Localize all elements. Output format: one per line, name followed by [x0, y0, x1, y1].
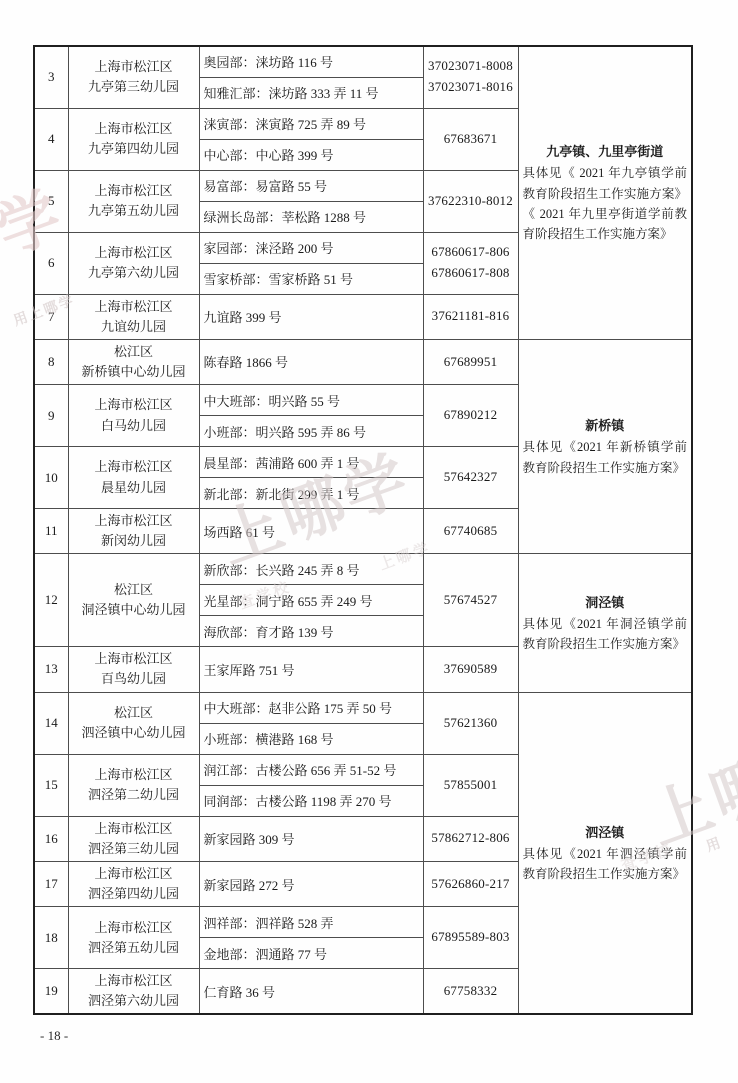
row-number-cell: 16: [34, 816, 68, 861]
watermark-right-mark: 用: [703, 832, 725, 856]
kindergarten-name-line: 上海市松江区: [73, 864, 195, 884]
kindergarten-name-cell: 上海市松江区九亭第五幼儿园: [68, 170, 199, 232]
kindergarten-name-cell: 上海市松江区白马幼儿园: [68, 385, 199, 447]
kindergarten-name-line: 上海市松江区: [73, 57, 195, 77]
kindergarten-name-line: 洞泾镇中心幼儿园: [73, 600, 195, 620]
address-cell: 涞寅部：涞寅路 725 弄 89 号: [199, 108, 423, 139]
address-cell: 王家厍路 751 号: [199, 647, 423, 692]
address-cell: 知雅汇部：涞坊路 333 弄 11 号: [199, 77, 423, 108]
document-page: 3上海市松江区九亭第三幼儿园奥园部：涞坊路 116 号37023071-8008…: [0, 0, 738, 1083]
kindergarten-name-line: 百鸟幼儿园: [73, 669, 195, 689]
phone-line: 37023071-8016: [428, 77, 514, 98]
address-cell: 奥园部：涞坊路 116 号: [199, 46, 423, 77]
district-note-cell: 九亭镇、九里亭街道具体见《 2021 年九亭镇学前教育阶段招生工作实施方案》《 …: [518, 46, 692, 339]
row-number-cell: 19: [34, 969, 68, 1015]
row-number-cell: 11: [34, 509, 68, 554]
row-number-cell: 4: [34, 108, 68, 170]
district-note-body: 具体见《2021 年新桥镇学前教育阶段招生工作实施方案》: [523, 437, 688, 478]
kindergarten-name-cell: 上海市松江区九亭第四幼儿园: [68, 108, 199, 170]
address-cell: 绿洲长岛部：莘松路 1288 号: [199, 201, 423, 232]
phone-cell: 67683671: [423, 108, 518, 170]
kindergarten-name-line: 上海市松江区: [73, 395, 195, 415]
kindergarten-name-cell: 松江区洞泾镇中心幼儿园: [68, 554, 199, 647]
phone-cell: 57855001: [423, 754, 518, 816]
phone-cell: 67758332: [423, 969, 518, 1015]
address-cell: 新北部：新北街 299 弄 1 号: [199, 478, 423, 509]
phone-line: 57862712-806: [428, 828, 514, 849]
kindergarten-name-cell: 上海市松江区九亭第三幼儿园: [68, 46, 199, 108]
kindergarten-name-cell: 上海市松江区泗泾第六幼儿园: [68, 969, 199, 1015]
address-cell: 同润部：古楼公路 1198 弄 270 号: [199, 785, 423, 816]
row-number-cell: 14: [34, 692, 68, 754]
kindergarten-name-line: 松江区: [73, 580, 195, 600]
district-note-body: 具体见《2021 年洞泾镇学前教育阶段招生工作实施方案》: [523, 614, 688, 655]
kindergarten-name-cell: 上海市松江区九谊幼儿园: [68, 294, 199, 339]
table-row: 12松江区洞泾镇中心幼儿园新欣部：长兴路 245 弄 8 号57674527洞泾…: [34, 554, 692, 585]
phone-cell: 57862712-806: [423, 816, 518, 861]
phone-cell: 67895589-803: [423, 907, 518, 969]
kindergarten-name-cell: 上海市松江区泗泾第五幼儿园: [68, 907, 199, 969]
kindergarten-name-line: 上海市松江区: [73, 649, 195, 669]
kindergarten-name-cell: 松江区新桥镇中心幼儿园: [68, 339, 199, 384]
kindergarten-name-line: 上海市松江区: [73, 457, 195, 477]
kindergarten-name-line: 泗泾第六幼儿园: [73, 991, 195, 1011]
kindergarten-name-line: 泗泾第三幼儿园: [73, 839, 195, 859]
row-number-cell: 18: [34, 907, 68, 969]
kindergarten-name-line: 泗泾镇中心幼儿园: [73, 723, 195, 743]
phone-cell: 57621360: [423, 692, 518, 754]
kindergarten-name-line: 泗泾第二幼儿园: [73, 785, 195, 805]
district-note-title: 泗泾镇: [523, 822, 688, 841]
kindergarten-name-cell: 上海市松江区九亭第六幼儿园: [68, 232, 199, 294]
kindergarten-name-cell: 上海市松江区泗泾第二幼儿园: [68, 754, 199, 816]
district-note-title: 九亭镇、九里亭街道: [523, 141, 688, 160]
kindergarten-name-cell: 上海市松江区新闵幼儿园: [68, 509, 199, 554]
phone-line: 37622310-8012: [428, 191, 514, 212]
phone-cell: 57674527: [423, 554, 518, 647]
district-note-title: 洞泾镇: [523, 592, 688, 611]
phone-line: 57855001: [428, 775, 514, 796]
kindergarten-name-line: 新闵幼儿园: [73, 531, 195, 551]
kindergarten-name-line: 上海市松江区: [73, 243, 195, 263]
address-cell: 润江部：古楼公路 656 弄 51-52 号: [199, 754, 423, 785]
kindergarten-name-line: 晨星幼儿园: [73, 478, 195, 498]
address-cell: 易富部：易富路 55 号: [199, 170, 423, 201]
kindergarten-name-cell: 松江区泗泾镇中心幼儿园: [68, 692, 199, 754]
row-number-cell: 9: [34, 385, 68, 447]
address-cell: 小班部：横港路 168 号: [199, 723, 423, 754]
row-number-cell: 17: [34, 861, 68, 906]
phone-cell: 57642327: [423, 447, 518, 509]
address-cell: 小班部：明兴路 595 弄 86 号: [199, 416, 423, 447]
address-cell: 光星部：洞宁路 655 弄 249 号: [199, 585, 423, 616]
kindergarten-name-line: 上海市松江区: [73, 971, 195, 991]
phone-cell: 37622310-8012: [423, 170, 518, 232]
phone-line: 37621181-816: [428, 306, 514, 327]
address-cell: 金地部：泗通路 77 号: [199, 938, 423, 969]
kindergarten-name-line: 九亭第四幼儿园: [73, 139, 195, 159]
row-number-cell: 10: [34, 447, 68, 509]
table-row: 14松江区泗泾镇中心幼儿园中大班部：赵非公路 175 弄 50 号5762136…: [34, 692, 692, 723]
row-number-cell: 13: [34, 647, 68, 692]
address-cell: 陈春路 1866 号: [199, 339, 423, 384]
phone-line: 57674527: [428, 590, 514, 611]
phone-line: 57621360: [428, 713, 514, 734]
district-note-body: 具体见《2021 年泗泾镇学前教育阶段招生工作实施方案》: [523, 844, 688, 885]
address-cell: 场西路 61 号: [199, 509, 423, 554]
phone-line: 57642327: [428, 467, 514, 488]
row-number-cell: 15: [34, 754, 68, 816]
address-cell: 九谊路 399 号: [199, 294, 423, 339]
address-cell: 家园部：涞泾路 200 号: [199, 232, 423, 263]
kindergarten-name-line: 松江区: [73, 342, 195, 362]
row-number-cell: 8: [34, 339, 68, 384]
phone-line: 67860617-806: [428, 242, 514, 263]
address-cell: 新欣部：长兴路 245 弄 8 号: [199, 554, 423, 585]
row-number-cell: 7: [34, 294, 68, 339]
address-cell: 新家园路 309 号: [199, 816, 423, 861]
phone-line: 67890212: [428, 405, 514, 426]
kindergarten-name-line: 九谊幼儿园: [73, 317, 195, 337]
district-note-body: 具体见《 2021 年九亭镇学前教育阶段招生工作实施方案》《 2021 年九里亭…: [523, 163, 688, 244]
phone-cell: 37023071-800837023071-8016: [423, 46, 518, 108]
phone-line: 57626860-217: [428, 874, 514, 895]
kindergarten-name-line: 上海市松江区: [73, 819, 195, 839]
kindergarten-name-line: 泗泾第五幼儿园: [73, 938, 195, 958]
phone-line: 67740685: [428, 521, 514, 542]
kindergarten-name-cell: 上海市松江区泗泾第三幼儿园: [68, 816, 199, 861]
row-number-cell: 12: [34, 554, 68, 647]
row-number-cell: 6: [34, 232, 68, 294]
table-row: 8松江区新桥镇中心幼儿园陈春路 1866 号67689951新桥镇具体见《202…: [34, 339, 692, 384]
kindergarten-name-line: 上海市松江区: [73, 511, 195, 531]
kindergarten-name-line: 新桥镇中心幼儿园: [73, 362, 195, 382]
kindergarten-name-line: 白马幼儿园: [73, 416, 195, 436]
phone-line: 67683671: [428, 129, 514, 150]
kindergarten-name-line: 松江区: [73, 703, 195, 723]
kindergarten-name-cell: 上海市松江区晨星幼儿园: [68, 447, 199, 509]
phone-cell: 37690589: [423, 647, 518, 692]
district-note-cell: 泗泾镇具体见《2021 年泗泾镇学前教育阶段招生工作实施方案》: [518, 692, 692, 1014]
phone-line: 37023071-8008: [428, 56, 514, 77]
kindergarten-name-line: 上海市松江区: [73, 181, 195, 201]
address-cell: 泗祥部：泗祥路 528 弄: [199, 907, 423, 938]
phone-cell: 67740685: [423, 509, 518, 554]
address-cell: 仁育路 36 号: [199, 969, 423, 1015]
kindergarten-name-line: 上海市松江区: [73, 297, 195, 317]
phone-cell: 67890212: [423, 385, 518, 447]
address-cell: 新家园路 272 号: [199, 861, 423, 906]
address-cell: 中大班部：明兴路 55 号: [199, 385, 423, 416]
phone-cell: 67689951: [423, 339, 518, 384]
phone-cell: 37621181-816: [423, 294, 518, 339]
phone-line: 67895589-803: [428, 927, 514, 948]
address-cell: 中心部：中心路 399 号: [199, 139, 423, 170]
district-note-title: 新桥镇: [523, 415, 688, 434]
row-number-cell: 5: [34, 170, 68, 232]
kindergarten-name-line: 九亭第五幼儿园: [73, 201, 195, 221]
address-cell: 晨星部：茜浦路 600 弄 1 号: [199, 447, 423, 478]
district-note-cell: 洞泾镇具体见《2021 年洞泾镇学前教育阶段招生工作实施方案》: [518, 554, 692, 692]
phone-cell: 67860617-80667860617-808: [423, 232, 518, 294]
phone-cell: 57626860-217: [423, 861, 518, 906]
page-number: - 18 -: [40, 1028, 68, 1044]
phone-line: 67758332: [428, 981, 514, 1002]
phone-line: 67860617-808: [428, 263, 514, 284]
table-row: 3上海市松江区九亭第三幼儿园奥园部：涞坊路 116 号37023071-8008…: [34, 46, 692, 77]
kindergarten-name-line: 九亭第六幼儿园: [73, 263, 195, 283]
phone-line: 37690589: [428, 659, 514, 680]
kindergarten-name-line: 上海市松江区: [73, 918, 195, 938]
address-cell: 海欣部：育才路 139 号: [199, 616, 423, 647]
kindergarten-name-line: 上海市松江区: [73, 119, 195, 139]
district-note-cell: 新桥镇具体见《2021 年新桥镇学前教育阶段招生工作实施方案》: [518, 339, 692, 554]
kindergarten-name-cell: 上海市松江区泗泾第四幼儿园: [68, 861, 199, 906]
row-number-cell: 3: [34, 46, 68, 108]
kindergarten-name-cell: 上海市松江区百鸟幼儿园: [68, 647, 199, 692]
address-cell: 中大班部：赵非公路 175 弄 50 号: [199, 692, 423, 723]
phone-line: 67689951: [428, 352, 514, 373]
kindergarten-name-line: 上海市松江区: [73, 765, 195, 785]
address-cell: 雪家桥部：雪家桥路 51 号: [199, 263, 423, 294]
kindergarten-name-line: 九亭第三幼儿园: [73, 77, 195, 97]
kindergarten-roster-table: 3上海市松江区九亭第三幼儿园奥园部：涞坊路 116 号37023071-8008…: [33, 45, 693, 1015]
kindergarten-name-line: 泗泾第四幼儿园: [73, 884, 195, 904]
